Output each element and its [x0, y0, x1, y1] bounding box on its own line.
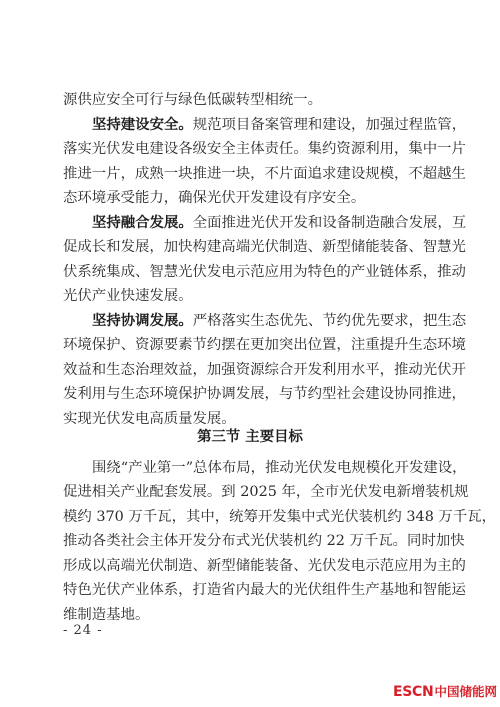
paragraph-first-line: 坚持融合发展。全面推进光伏开发和设备制造融合发展，互 [92, 213, 435, 233]
text-line: 推动各类社会主体开发分布式光伏装机约 22 万千瓦。同时加快 [63, 531, 435, 551]
text-line: 环境保护、资源要素节约摆在更加突出位置，注重提升生态环境 [63, 335, 435, 355]
text-line: 效益和生态治理效益，加强资源综合开发利用水平，推动光伏开 [63, 360, 435, 380]
text-line: 落实光伏发电建设各级安全主体责任。集约资源利用，集中一片 [63, 139, 435, 159]
text-line: 推进一片，成熟一块推进一块，不片面追求建设规模，不超越生 [63, 164, 435, 184]
page-number: - 24 - [63, 623, 103, 638]
document-page: 源供应安全可行与绿色低碳转型相统一。 坚持建设安全。规范项目备案管理和建设，加强… [0, 0, 500, 707]
section-heading: 第三节 主要目标 [0, 427, 500, 447]
text-span: 规范项目备案管理和建设，加强过程监管， [193, 117, 466, 133]
logo-text-en: ESCN [393, 684, 433, 700]
paragraph-first-line: 坚持建设安全。规范项目备案管理和建设，加强过程监管， [92, 115, 435, 135]
text-line: 特色光伏产业体系，打造省内最大的光伏组件生产基地和智能运 [63, 580, 435, 600]
text-span: 严格落实生态优先、节约优先要求，把生态 [193, 313, 466, 329]
paragraph-lead: 坚持融合发展。 [92, 214, 193, 231]
paragraph-lead: 坚持建设安全。 [92, 116, 193, 133]
text-line: 伏系统集成、智慧光伏发电示范应用为特色的产业链体系，推动 [63, 262, 435, 282]
text-line: 发利用与生态环境保护协调发展，与节约型社会建设协同推进， [63, 384, 435, 404]
paragraph-lead: 坚持协调发展。 [92, 312, 193, 329]
logo-text-cn: 中国储能网 [434, 684, 497, 699]
text-line: 态环境承受能力，确保光伏开发建设有序安全。 [63, 188, 435, 208]
paragraph-first-line: 围绕“产业第一”总体布局，推动光伏发电规模化开发建设， [92, 458, 435, 478]
paragraph-first-line: 坚持协调发展。严格落实生态优先、节约优先要求，把生态 [92, 311, 435, 331]
text-line: 光伏产业快速发展。 [63, 286, 435, 306]
text-line: 形成以高端光伏制造、新型储能装备、光伏发电示范应用为主的 [63, 556, 435, 576]
text-line: 模约 370 万千瓦，其中，统筹开发集中式光伏装机约 348 万千瓦， [63, 507, 435, 527]
text-line: 维制造基地。 [63, 605, 435, 625]
text-line: 促成长和发展，加快构建高端光伏制造、新型储能装备、智慧光 [63, 237, 435, 257]
text-line: 实现光伏发电高质量发展。 [63, 409, 435, 429]
text-line: 促进相关产业配套发展。到 2025 年，全市光伏发电新增装机规 [63, 482, 435, 502]
text-span: 全面推进光伏开发和设备制造融合发展，互 [193, 215, 466, 231]
escn-watermark-logo: ESCN中国储能网 [393, 681, 497, 701]
text-line: 源供应安全可行与绿色低碳转型相统一。 [63, 90, 435, 110]
